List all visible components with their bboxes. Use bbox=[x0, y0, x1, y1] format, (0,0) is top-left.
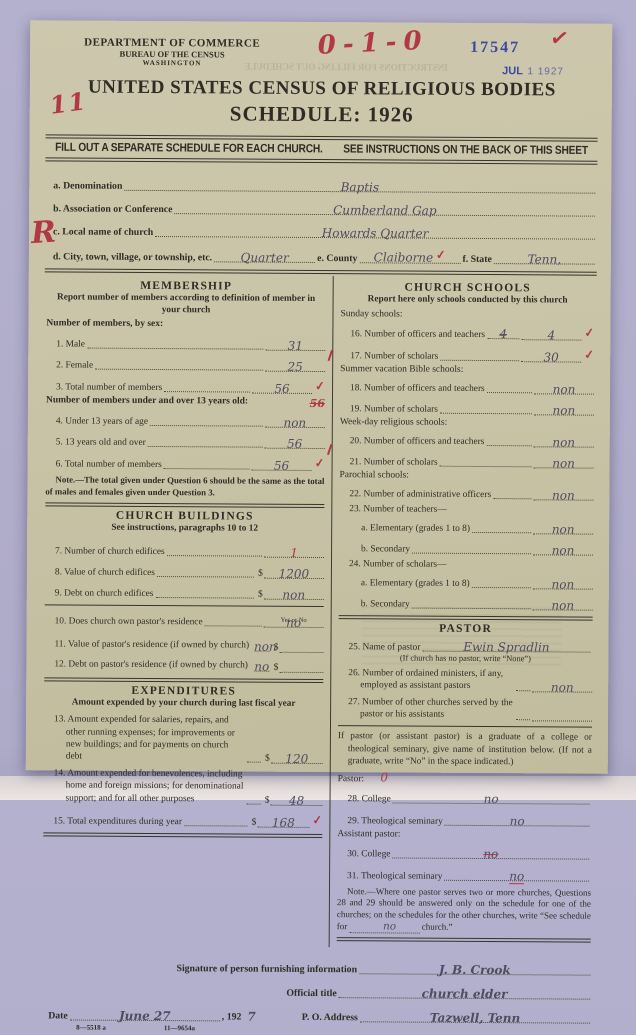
question-row-21: 21. Number of scholars non bbox=[340, 453, 594, 469]
handwritten-value: no bbox=[254, 659, 269, 673]
question-label: a. Elementary (grades 1 to 8) bbox=[361, 523, 470, 534]
question-hint: (If church has no pastor, write “None”) bbox=[338, 653, 592, 664]
question-row-17: 17. Number of scholars 30 ✓ bbox=[340, 346, 594, 363]
handwritten-value: non bbox=[553, 403, 576, 417]
red-check-mark: ✓ bbox=[314, 379, 325, 395]
answer-box: non bbox=[534, 454, 594, 468]
question-row-24a: a. Elementary (grades 1 to 8) non bbox=[339, 574, 593, 590]
membership-note: Note.—The total given under Question 6 s… bbox=[45, 475, 324, 500]
rule bbox=[45, 604, 324, 607]
struck-value: 4 bbox=[499, 327, 507, 341]
question-row-3: 3. Total number of members 56 ✓ bbox=[46, 378, 325, 395]
dotted-leader bbox=[472, 532, 531, 533]
form-header: DEPARTMENT OF COMMERCE BUREAU OF THE CEN… bbox=[46, 30, 599, 135]
handwritten-value: no bbox=[484, 792, 499, 800]
left-column: MEMBERSHIP Report number of members acco… bbox=[41, 274, 334, 800]
answer-box: non bbox=[533, 486, 593, 500]
question-label: b. Secondary bbox=[361, 599, 410, 609]
answer-box: 48 bbox=[271, 792, 323, 800]
banner-left: FILL OUT A SEPARATE SCHEDULE FOR EACH CH… bbox=[55, 142, 323, 156]
dotted-leader bbox=[164, 468, 250, 470]
answer-box: non bbox=[533, 575, 593, 589]
question-label: 10. Does church own pastor's residence bbox=[55, 616, 203, 627]
red-handwritten-mark: 0 bbox=[380, 770, 388, 784]
field-label: f. State bbox=[462, 254, 491, 265]
dotted-leader bbox=[155, 597, 254, 599]
dotted-leader bbox=[472, 587, 531, 588]
question-label: b. Secondary bbox=[361, 544, 410, 554]
dotted-leader bbox=[440, 465, 532, 467]
handwritten-value: non bbox=[552, 488, 575, 502]
question-row-4: 4. Under 13 years of age non bbox=[46, 413, 325, 429]
answer-box: non bbox=[533, 596, 593, 610]
question-row-8: 8. Value of church edifices $ 1200 bbox=[45, 563, 324, 579]
dotted-leader bbox=[516, 720, 530, 721]
question-row-22: 22. Number of administrative officers no… bbox=[339, 485, 593, 501]
handwritten-value: non bbox=[282, 587, 305, 601]
question-label: 22. Number of administrative officers bbox=[349, 489, 491, 500]
handwritten-value: non bbox=[254, 639, 277, 653]
question-label: 19. Number of scholars bbox=[350, 404, 438, 415]
question-label: 2. Female bbox=[56, 361, 93, 371]
field-label: c. Local name of church bbox=[53, 226, 153, 238]
question-label: 20. Number of officers and teachers bbox=[350, 436, 485, 447]
field-line: Howards Quarter bbox=[155, 223, 595, 240]
handwritten-value: 30 bbox=[544, 350, 559, 364]
section-subtitle: Report here only schools conducted by th… bbox=[341, 294, 595, 307]
field-church-name: c. Local name of church Howards Quarter bbox=[53, 222, 597, 240]
question-label: 7. Number of church edifices bbox=[55, 546, 165, 557]
group-label: Parochial schools: bbox=[339, 470, 593, 482]
handwritten-value: non bbox=[552, 543, 575, 557]
question-label: 5. 13 years old and over bbox=[56, 438, 146, 449]
handwritten-value: non bbox=[553, 382, 576, 396]
handwritten-value: non bbox=[551, 680, 574, 694]
handwritten-value: Howards Quarter bbox=[322, 226, 429, 241]
question-row-18: 18. Number of officers and teachers non bbox=[340, 379, 594, 395]
question-label: 3. Total number of members bbox=[56, 383, 162, 394]
answer-box bbox=[279, 671, 323, 672]
handwritten-value: 48 bbox=[289, 794, 304, 800]
identification-fields: R a. Denomination Baptis b. Association … bbox=[45, 163, 598, 269]
handwritten-value: 56 bbox=[287, 437, 302, 451]
red-check-mark: ✓ bbox=[314, 456, 325, 472]
question-row-1: 1. Male 31 bbox=[46, 336, 325, 352]
section-subtitle: See instructions, paragraphs 10 to 12 bbox=[45, 522, 324, 535]
handwritten-value: 25 bbox=[287, 360, 302, 374]
yes-or-no-hint: Yes or No bbox=[264, 616, 324, 623]
question-label: 1. Male bbox=[56, 340, 85, 350]
group-label: Number of members, by sex: bbox=[46, 319, 325, 331]
section-title: EXPENDITURES bbox=[44, 684, 323, 698]
answer-box bbox=[532, 721, 592, 722]
question-row-5: 5. 13 years old and over 56 bbox=[46, 434, 325, 450]
handwritten-value: non bbox=[552, 456, 575, 470]
handwritten-value: 1200 bbox=[279, 566, 310, 580]
field-label: a. Denomination bbox=[53, 180, 122, 191]
census-schedule-form: DEPARTMENT OF COMMERCE BUREAU OF THE CEN… bbox=[26, 20, 613, 774]
red-struck-value: 56 bbox=[310, 397, 325, 410]
dotted-leader: non bbox=[254, 637, 270, 651]
question-label: 13. Amount expended for salaries, repair… bbox=[54, 714, 246, 764]
serial-number-stamp: 17547 bbox=[470, 39, 520, 57]
question-row-14: 14. Amount expended for benevolences, in… bbox=[44, 767, 323, 800]
answer-box: 30 bbox=[521, 348, 581, 362]
handwritten-value: 56 bbox=[274, 459, 289, 473]
field-label: b. Association or Conference bbox=[53, 203, 172, 215]
dollar-sign: $ bbox=[265, 795, 270, 800]
question-label: 12. Debt on pastor's residence (if owned… bbox=[54, 659, 252, 672]
handwritten-value: non bbox=[552, 522, 575, 536]
question-row-16: 16. Number of officers and teachers 4 4 … bbox=[340, 324, 594, 341]
group-label: Number of members under and over 13 year… bbox=[46, 396, 325, 408]
dotted-leader bbox=[412, 607, 531, 609]
question-label: 18. Number of officers and teachers bbox=[350, 383, 485, 394]
question-row-26: 26. Number of ordained ministers, if any… bbox=[338, 667, 592, 693]
answer-box: 1200 bbox=[264, 564, 324, 578]
answer-box: 56 bbox=[251, 457, 311, 471]
question-row-28: 28. College no bbox=[338, 789, 592, 800]
form-title: UNITED STATES CENSUS OF RELIGIOUS BODIES bbox=[46, 76, 598, 101]
field-line: Tenn, bbox=[494, 250, 595, 265]
question-row-2: 2. Female 25 bbox=[46, 357, 325, 373]
dotted-leader bbox=[412, 552, 531, 554]
field-location: d. City, town, village, or township, etc… bbox=[53, 245, 597, 265]
pastor-group-label: Pastor: 0 bbox=[338, 770, 592, 786]
dotted-leader bbox=[95, 369, 263, 371]
section-subtitle: Report number of members according to de… bbox=[46, 292, 325, 317]
question-label: 6. Total number of members bbox=[56, 460, 162, 471]
question-label: 27. Number of other churches served by t… bbox=[348, 696, 514, 721]
dollar-sign: $ bbox=[258, 589, 263, 599]
field-line: Baptis bbox=[124, 177, 595, 194]
field-denomination: a. Denomination Baptis bbox=[53, 176, 597, 194]
handwritten-value: non bbox=[552, 435, 575, 449]
handwritten-value: 31 bbox=[288, 339, 303, 353]
dollar-sign: $ bbox=[274, 662, 279, 672]
field-association: b. Association or Conference Cumberland … bbox=[53, 199, 597, 217]
stamp-month: JUL bbox=[502, 65, 523, 77]
dollar-sign: $ bbox=[258, 568, 263, 578]
instruction-banner: FILL OUT A SEPARATE SCHEDULE FOR EACH CH… bbox=[45, 139, 597, 160]
dotted-leader bbox=[440, 359, 519, 360]
section-title: CHURCH BUILDINGS bbox=[45, 509, 324, 523]
question-row-20: 20. Number of officers and teachers non bbox=[340, 432, 594, 448]
answer-box: 4 bbox=[521, 326, 581, 340]
question-row-10: 10. Does church own pastor's residence n… bbox=[45, 612, 324, 628]
question-row-25: 25. Name of pastor Ewin Spradlin bbox=[338, 637, 592, 654]
handwritten-value: 56 bbox=[274, 382, 289, 396]
question-row-24: 24. Number of scholars— bbox=[339, 559, 593, 571]
right-column: CHURCH SCHOOLS Report here only schools … bbox=[330, 276, 597, 800]
dotted-leader: 4 bbox=[487, 325, 519, 339]
showthrough-ghost-text: INSTRUCTIONS FOR FILLING OUT SCHEDULE bbox=[196, 61, 496, 73]
date-received-stamp: JUL 1 1927 bbox=[502, 61, 564, 79]
question-row-23: 23. Number of teachers— bbox=[339, 504, 593, 516]
question-label: 9. Debt on church edifices bbox=[55, 588, 154, 599]
red-check-mark: ✓ bbox=[583, 347, 594, 363]
form-subtitle: SCHEDULE: 1926 bbox=[46, 100, 598, 128]
section-title: CHURCH SCHOOLS bbox=[341, 281, 595, 295]
dotted-leader bbox=[440, 412, 532, 414]
question-label: 14. Amount expended for benevolences, in… bbox=[54, 768, 245, 800]
answer-box: non bbox=[264, 585, 324, 599]
dollar-sign: $ bbox=[265, 754, 270, 764]
answer-box: non bbox=[534, 380, 594, 394]
question-row-24b: b. Secondary non bbox=[339, 595, 593, 611]
handwritten-value: Cumberland Gap bbox=[333, 203, 437, 218]
handwritten-value: non bbox=[283, 416, 306, 430]
dotted-leader bbox=[87, 348, 263, 350]
rule bbox=[338, 726, 592, 729]
dotted-leader bbox=[150, 425, 263, 427]
red-check-mark: ✓ bbox=[548, 24, 571, 53]
question-row-7: 7. Number of church edifices 1 bbox=[45, 541, 324, 558]
dotted-leader bbox=[164, 391, 250, 393]
handwritten-value: non bbox=[551, 598, 574, 612]
answer-box: non bbox=[265, 414, 325, 428]
answer-box: 120 bbox=[271, 750, 323, 764]
question-label: 11. Value of pastor's residence (if owne… bbox=[54, 639, 252, 652]
banner-right: SEE INSTRUCTIONS ON THE BACK OF THIS SHE… bbox=[343, 143, 588, 157]
question-label: 16. Number of officers and teachers bbox=[350, 329, 485, 340]
question-row-9: 9. Debt on church edifices $ non bbox=[45, 584, 324, 600]
dotted-leader bbox=[516, 690, 530, 691]
dotted-leader bbox=[157, 576, 254, 578]
field-line: Claiborne✓ bbox=[359, 247, 460, 264]
red-handwritten-value: 1 bbox=[290, 545, 298, 559]
rule bbox=[339, 615, 593, 621]
question-row-23a: a. Elementary (grades 1 to 8) non bbox=[339, 519, 593, 535]
question-label: 17. Number of scholars bbox=[350, 351, 438, 362]
group-text: Number of members under and over 13 year… bbox=[46, 396, 248, 407]
dotted-leader bbox=[493, 498, 531, 499]
handwritten-value: Quarter bbox=[241, 251, 289, 265]
section-title: MEMBERSHIP bbox=[47, 279, 326, 293]
question-label: 21. Number of scholars bbox=[350, 457, 438, 468]
stamp-date: 1 1927 bbox=[527, 66, 564, 77]
dotted-leader: Ewin Spradlin bbox=[422, 637, 590, 652]
answer-box: 25 bbox=[265, 358, 325, 372]
question-label: 8. Value of church edifices bbox=[55, 567, 155, 578]
group-label: Sunday schools: bbox=[340, 309, 594, 321]
question-row-13: 13. Amount expended for salaries, repair… bbox=[44, 714, 323, 765]
handwritten-value: 4 bbox=[547, 328, 555, 342]
rule bbox=[45, 502, 324, 508]
question-row-12: 12. Debt on pastor's residence (if owned… bbox=[44, 656, 323, 673]
red-margin-letter: R bbox=[30, 215, 57, 252]
answer-box: 1 bbox=[264, 542, 324, 557]
question-label: 24. Number of scholars— bbox=[349, 559, 446, 570]
dotted-leader bbox=[205, 625, 262, 626]
field-label: e. County bbox=[317, 253, 357, 264]
question-row-11: 11. Value of pastor's residence (if owne… bbox=[44, 636, 323, 653]
answer-box: non bbox=[534, 401, 594, 415]
field-line: Quarter bbox=[214, 248, 315, 263]
handwritten-value: Tenn, bbox=[528, 252, 562, 266]
question-row-27: 27. Number of other churches served by t… bbox=[338, 696, 592, 722]
handwritten-value: non bbox=[551, 577, 574, 591]
dotted-leader bbox=[487, 392, 532, 393]
question-row-6: 6. Total number of members 56 ✓ bbox=[46, 455, 325, 472]
question-label: a. Elementary (grades 1 to 8) bbox=[361, 578, 470, 589]
answer-box: non bbox=[533, 541, 593, 555]
dotted-leader bbox=[167, 555, 262, 557]
section-subtitle: Amount expended by your church during la… bbox=[44, 697, 323, 710]
group-text: Pastor: bbox=[338, 774, 364, 784]
group-label: Summer vacation Bible schools: bbox=[340, 364, 594, 376]
question-label: 28. College bbox=[348, 794, 391, 800]
answer-box: 56 bbox=[252, 380, 312, 394]
dotted-leader bbox=[148, 446, 263, 448]
rule bbox=[44, 677, 323, 683]
question-label: 4. Under 13 years of age bbox=[56, 417, 148, 428]
group-label: Week-day religious schools: bbox=[340, 417, 594, 429]
handwritten-value: Ewin Spradlin bbox=[463, 639, 549, 654]
dotted-leader: no bbox=[254, 657, 270, 671]
handwritten-value: Baptis bbox=[341, 180, 380, 194]
department-name: DEPARTMENT OF COMMERCE bbox=[84, 37, 260, 50]
dotted-leader bbox=[486, 445, 531, 446]
question-label: 25. Name of pastor bbox=[348, 642, 420, 652]
question-row-23b: b. Secondary non bbox=[339, 540, 593, 556]
form-columns: MEMBERSHIP Report number of members acco… bbox=[41, 274, 597, 800]
answer-box: 56 bbox=[265, 435, 325, 449]
red-check-mark: ✓ bbox=[435, 247, 446, 263]
red-check-mark: ✓ bbox=[584, 325, 595, 341]
answer-box: non bbox=[534, 433, 594, 447]
graduate-instructions: If pastor (or assistant pastor) is a gra… bbox=[338, 731, 592, 769]
section-title: PASTOR bbox=[339, 622, 593, 636]
question-row-19: 19. Number of scholars non bbox=[340, 400, 594, 416]
dotted-leader: no bbox=[393, 789, 590, 800]
answer-box: non bbox=[533, 520, 593, 534]
question-label: 23. Number of teachers— bbox=[349, 504, 446, 515]
question-label: 26. Number of ordained ministers, if any… bbox=[348, 667, 514, 692]
field-line: Cumberland Gap bbox=[174, 200, 595, 217]
answer-box: 31 bbox=[265, 337, 325, 351]
answer-box: noYes or No bbox=[264, 613, 324, 627]
handwritten-value: Claiborne bbox=[374, 250, 434, 264]
answer-box bbox=[279, 651, 323, 652]
handwritten-value: 120 bbox=[285, 752, 308, 766]
answer-box: non bbox=[532, 678, 592, 692]
dotted-leader bbox=[247, 762, 261, 763]
handwritten-code: 0-1-0 bbox=[258, 23, 489, 64]
field-label: d. City, town, village, or township, etc… bbox=[53, 251, 212, 263]
